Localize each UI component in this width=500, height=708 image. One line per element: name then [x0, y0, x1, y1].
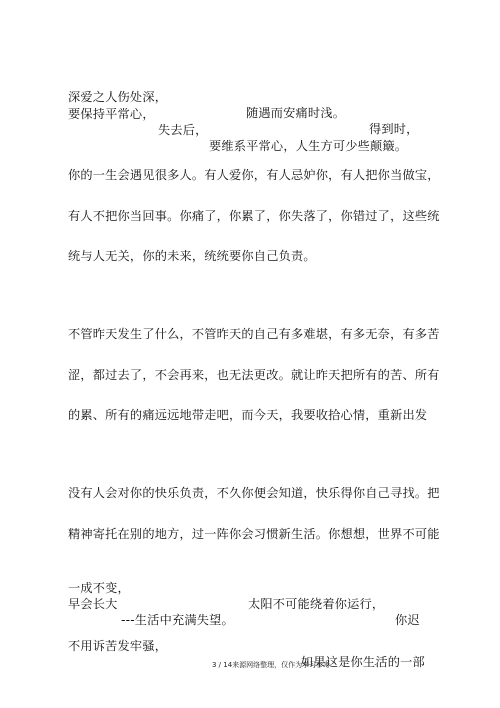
text-segment: 不用诉苦发牢骚，	[68, 638, 167, 654]
text-line: 有人不把你当回事。你痛了，你累了，你失落了，你错过了，这些统	[68, 208, 440, 224]
text-line: 统与人无关，你的未来，统统要你自己负责。	[68, 248, 316, 264]
text-segment: 随遇而安痛时浅。	[246, 105, 345, 121]
page-footer: 3 / 14来源网络整理，仅作为学习参考	[212, 660, 330, 670]
text-segment: 失去后，	[158, 122, 208, 138]
text-line: 要保持平常心， 失去后， 要维系平常心，人生方可少些颠簸。	[68, 90, 84, 170]
text-segment: 你迟	[395, 612, 420, 628]
text-line: 你的一生会遇见很多人。有人爱你，有人忌妒你，有人把你当做宝，	[68, 167, 440, 183]
text-line: 不管昨天发生了什么，不管昨天的自己有多难堪，有多无奈，有多苦	[68, 326, 440, 342]
text-segment: 得到时，	[369, 121, 419, 137]
text-segment: 太阳不可能绕着你运行，	[248, 596, 384, 612]
text-segment: 要维系平常心，人生方可少些颠簸。	[209, 138, 407, 154]
footer-mark: .	[374, 658, 377, 667]
text-segment: ---生活中充满失望。	[121, 612, 234, 628]
text-line: 精神寄托在别的地方，过一阵你会习惯新生活。你想想，世界不可能	[68, 526, 440, 542]
text-line: 的累、所有的痛远远地带走吧，而今天，我要收拾心情，重新出发	[68, 407, 427, 423]
text-segment: 要保持平常心，	[68, 106, 155, 122]
text-line: 没有人会对你的快乐负责，不久你便会知道，快乐得你自己寻找。把	[68, 485, 440, 501]
text-line: 涩，都过去了，不会再来，也无法更改。就让昨天把所有的苦、所有	[68, 367, 440, 383]
text-line: 不用诉苦发牢骚， 如果这是你生活的一部	[68, 622, 84, 686]
text-segment: 早会长大	[68, 596, 118, 612]
